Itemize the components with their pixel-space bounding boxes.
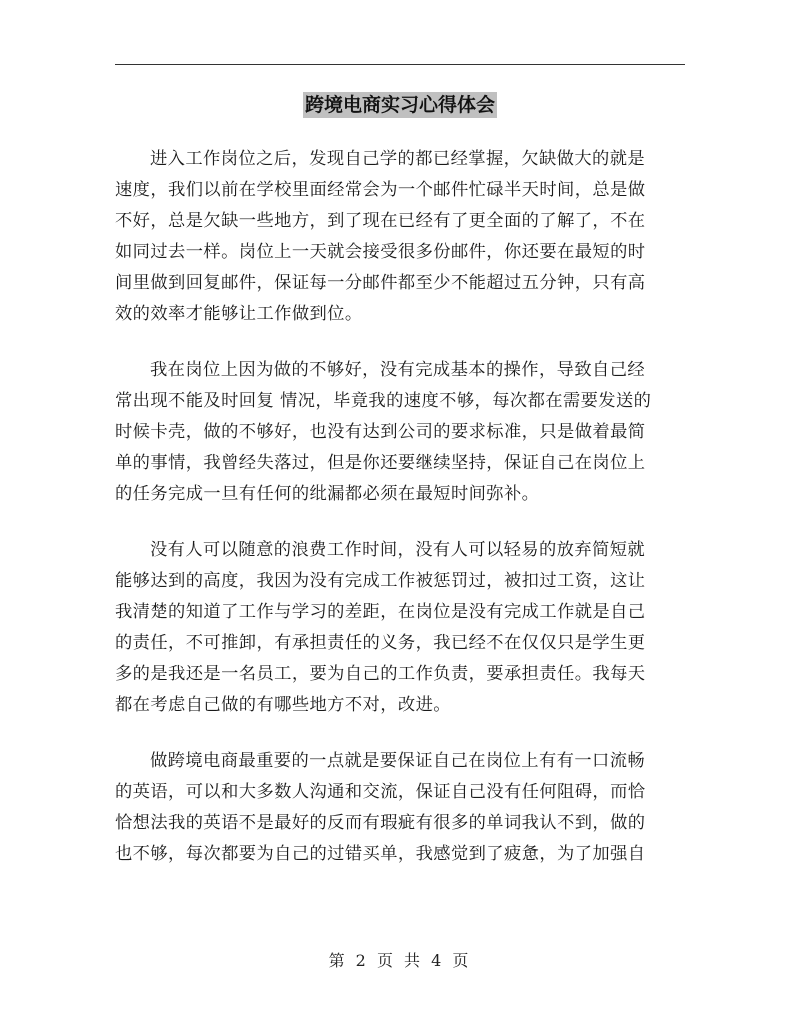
text-line: 恰想法我的英语不是最好的反而有瑕疵有很多的单词我认不到，做的	[115, 808, 685, 839]
text-line: 如同过去一样。岗位上一天就会接受很多份邮件，你还要在最短的时	[115, 237, 685, 268]
text-line: 的责任，不可推卸，有承担责任的义务，我已经不在仅仅只是学生更	[115, 628, 685, 659]
document-title: 跨境电商实习心得体会	[303, 92, 497, 118]
text-line: 都在考虑自己做的有哪些地方不对，改进。	[115, 690, 685, 721]
paragraph-4: 做跨境电商最重要的一点就是要保证自己在岗位上有有一口流畅 的英语，可以和大多数人…	[115, 746, 685, 870]
text-line: 间里做到回复邮件，保证每一分邮件都至少不能超过五分钟，只有高	[115, 268, 685, 299]
text-line: 的英语，可以和大多数人沟通和交流，保证自己没有任何阻碍，而恰	[115, 777, 685, 808]
text-line: 时候卡壳，做的不够好，也没有达到公司的要求标准，只是做着最简	[115, 417, 685, 448]
page-number: 第 2 页 共 4 页	[0, 950, 800, 972]
paragraph-3: 没有人可以随意的浪费工作时间，没有人可以轻易的放弃简短就 能够达到的高度，我因为…	[115, 535, 685, 721]
text-line: 我清楚的知道了工作与学习的差距，在岗位是没有完成工作就是自己	[115, 597, 685, 628]
text-line: 单的事情，我曾经失落过，但是你还要继续坚持，保证自己在岗位上	[115, 448, 685, 479]
text-line: 我在岗位上因为做的不够好，没有完成基本的操作，导致自己经	[115, 355, 685, 386]
text-line: 的任务完成一旦有任何的纰漏都必须在最短时间弥补。	[115, 479, 685, 510]
text-line: 速度，我们以前在学校里面经常会为一个邮件忙碌半天时间，总是做	[115, 175, 685, 206]
text-line: 常出现不能及时回复 情况，毕竟我的速度不够，每次都在需要发送的	[115, 386, 685, 417]
text-line: 不好，总是欠缺一些地方，到了现在已经有了更全面的了解了，不在	[115, 206, 685, 237]
header-rule	[115, 64, 685, 65]
title-container: 跨境电商实习心得体会	[0, 92, 800, 118]
text-line: 做跨境电商最重要的一点就是要保证自己在岗位上有有一口流畅	[115, 746, 685, 777]
text-line: 也不够，每次都要为自己的过错买单，我感觉到了疲惫，为了加强自	[115, 839, 685, 870]
paragraph-1: 进入工作岗位之后，发现自己学的都已经掌握，欠缺做大的就是 速度，我们以前在学校里…	[115, 144, 685, 330]
text-line: 效的效率才能够让工作做到位。	[115, 299, 685, 330]
paragraph-2: 我在岗位上因为做的不够好，没有完成基本的操作，导致自己经 常出现不能及时回复 情…	[115, 355, 685, 510]
text-line: 多的是我还是一名员工，要为自己的工作负责，要承担责任。我每天	[115, 659, 685, 690]
paragraph-gap	[115, 721, 685, 746]
document-body: 进入工作岗位之后，发现自己学的都已经掌握，欠缺做大的就是 速度，我们以前在学校里…	[115, 144, 685, 870]
text-line: 没有人可以随意的浪费工作时间，没有人可以轻易的放弃简短就	[115, 535, 685, 566]
text-line: 能够达到的高度，我因为没有完成工作被惩罚过，被扣过工资，这让	[115, 566, 685, 597]
text-line: 进入工作岗位之后，发现自己学的都已经掌握，欠缺做大的就是	[115, 144, 685, 175]
paragraph-gap	[115, 330, 685, 355]
paragraph-gap	[115, 510, 685, 535]
